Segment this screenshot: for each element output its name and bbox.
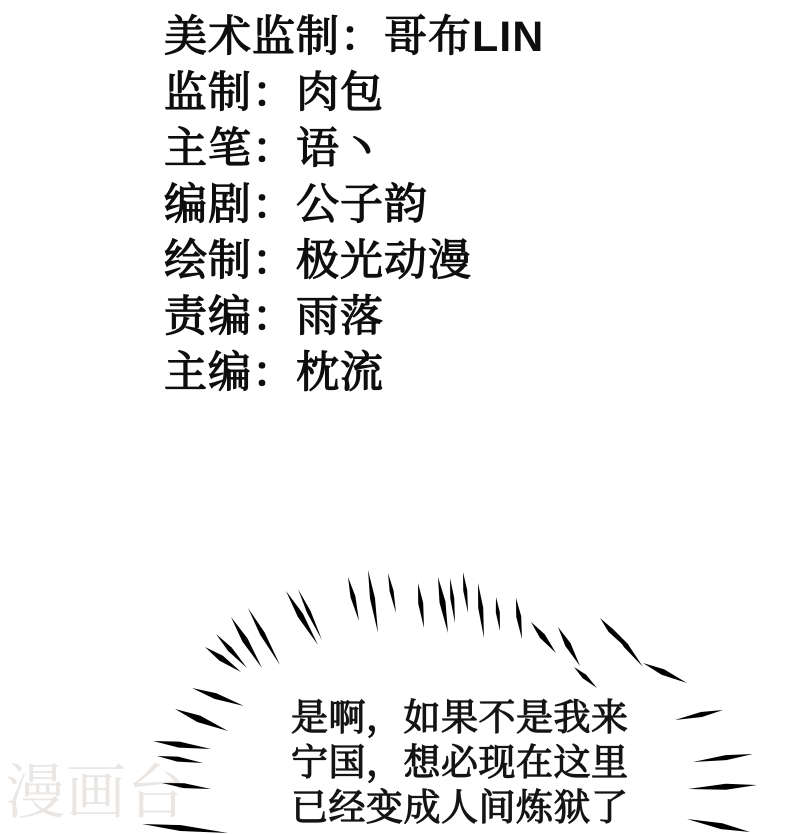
emphasis-stroke [348, 577, 359, 621]
emphasis-stroke [531, 622, 556, 653]
emphasis-stroke [162, 783, 211, 789]
credits-block: 美术监制：哥布LIN监制：肉包主笔：语丶编剧：公子韵绘制：极光动漫责编：雨落主编… [164, 9, 544, 401]
speech-line-0: 是啊，如果不是我来 [291, 695, 629, 740]
emphasis-stroke [418, 583, 424, 628]
emphasis-stroke [438, 577, 448, 633]
emphasis-stroke [693, 754, 753, 762]
emphasis-stroke [612, 628, 643, 667]
emphasis-stroke [248, 608, 280, 665]
emphasis-stroke [643, 663, 687, 683]
speech-line-1: 宁国，想必现在这里 [291, 740, 629, 785]
speech-text-block: 是啊，如果不是我来宁国，想必现在这里已经变成人间炼狱了 [291, 695, 629, 830]
emphasis-stroke [600, 618, 623, 645]
emphasis-stroke [368, 570, 378, 633]
credit-line-2: 主笔：语丶 [164, 121, 544, 177]
credit-line-5: 责编：雨落 [164, 289, 544, 345]
emphasis-stroke [463, 572, 468, 613]
emphasis-stroke [450, 578, 455, 623]
emphasis-stroke [675, 710, 723, 720]
comic-page: 漫画台 美术监制：哥布LIN监制：肉包主笔：语丶编剧：公子韵绘制：极光动漫责编：… [0, 0, 800, 834]
emphasis-stroke [153, 741, 211, 749]
emphasis-stroke [516, 598, 522, 639]
credit-line-3: 编剧：公子韵 [164, 177, 544, 233]
credit-line-4: 绘制：极光动漫 [164, 233, 544, 289]
emphasis-stroke [687, 819, 750, 832]
emphasis-stroke [205, 647, 241, 672]
emphasis-stroke [478, 583, 484, 638]
emphasis-stroke [142, 824, 228, 833]
speech-line-2: 已经变成人间炼狱了 [291, 785, 629, 830]
credit-line-0: 美术监制：哥布LIN [164, 9, 544, 65]
emphasis-stroke [496, 597, 500, 631]
credit-line-6: 主编：枕流 [164, 345, 544, 401]
emphasis-stroke [574, 667, 597, 688]
emphasis-stroke [688, 784, 757, 790]
credit-line-1: 监制：肉包 [164, 65, 544, 121]
emphasis-stroke [175, 709, 228, 731]
emphasis-stroke [192, 688, 244, 706]
emphasis-stroke [558, 627, 580, 666]
emphasis-stroke [388, 573, 396, 613]
emphasis-stroke [157, 756, 203, 763]
